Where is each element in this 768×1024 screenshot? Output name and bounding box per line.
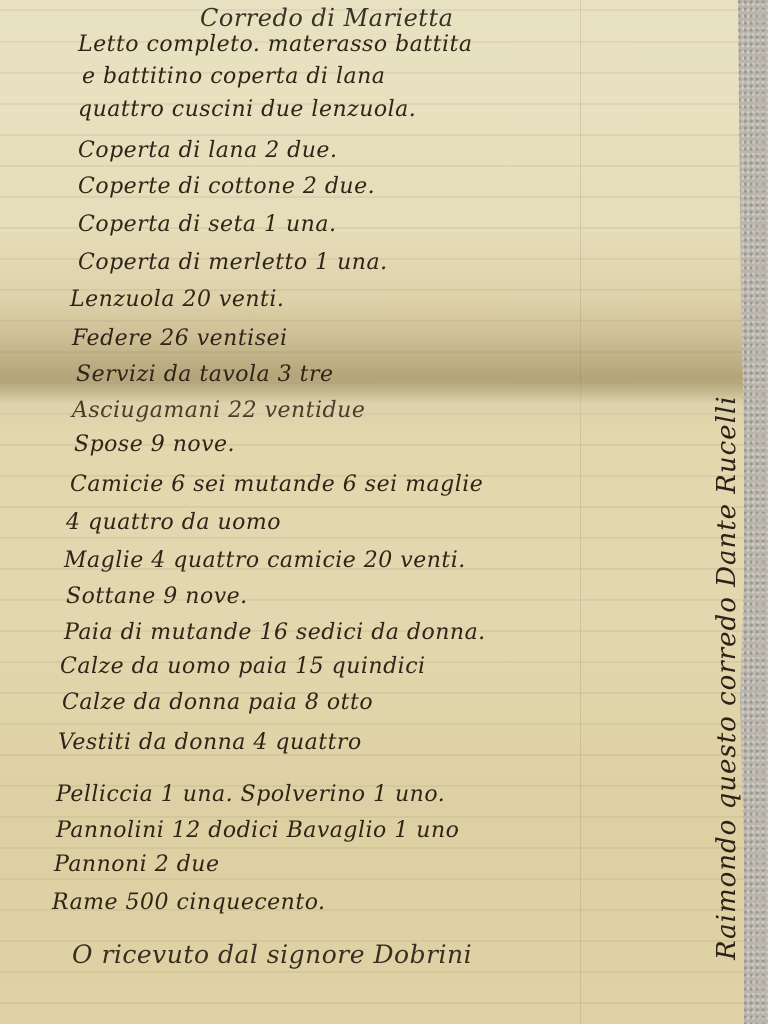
list-line: Coperta di seta 1 una. — [78, 212, 336, 237]
list-line: quattro cuscini due lenzuola. — [78, 97, 416, 122]
list-line: 4 quattro da uomo — [66, 510, 281, 535]
list-line: Pelliccia 1 una. Spolverino 1 uno. — [56, 782, 445, 807]
list-line: Rame 500 cinquecento. — [52, 890, 326, 915]
list-line: Lenzuola 20 venti. — [70, 287, 284, 312]
margin-line — [580, 0, 581, 1024]
list-line: Pannolini 12 dodici Bavaglio 1 uno — [56, 818, 459, 843]
document-title: Corredo di Marietta — [200, 4, 453, 32]
list-line: Coperta di lana 2 due. — [78, 138, 337, 163]
list-line: Coperte di cottone 2 due. — [78, 174, 375, 199]
list-line: Letto completo. materasso battita — [78, 32, 472, 57]
handwritten-letter-paper: Corredo di Marietta Letto completo. mate… — [0, 0, 744, 1024]
list-line: Spose 9 nove. — [74, 432, 235, 457]
vertical-margin-note: Raimondo questo corredo Dante Rucelli — [712, 395, 742, 960]
list-line: Federe 26 ventisei — [72, 326, 288, 351]
list-line: Calze da uomo paia 15 quindici — [60, 654, 426, 679]
list-line: Asciugamani 22 ventidue — [72, 398, 365, 423]
list-line: Pannoni 2 due — [54, 852, 219, 877]
list-line: Calze da donna paia 8 otto — [62, 690, 373, 715]
list-line: e battitino coperta di lana — [82, 64, 385, 89]
list-line: Vestiti da donna 4 quattro — [58, 730, 362, 755]
list-line: Coperta di merletto 1 una. — [78, 250, 388, 275]
list-line: Camicie 6 sei mutande 6 sei maglie — [70, 472, 483, 497]
list-line: Maglie 4 quattro camicie 20 venti. — [64, 548, 466, 573]
receipt-closing-line: O ricevuto dal signore Dobrini — [72, 940, 472, 969]
list-line: Servizi da tavola 3 tre — [76, 362, 334, 387]
list-line: Paia di mutande 16 sedici da donna. — [64, 620, 486, 645]
list-line: Sottane 9 nove. — [66, 584, 248, 609]
